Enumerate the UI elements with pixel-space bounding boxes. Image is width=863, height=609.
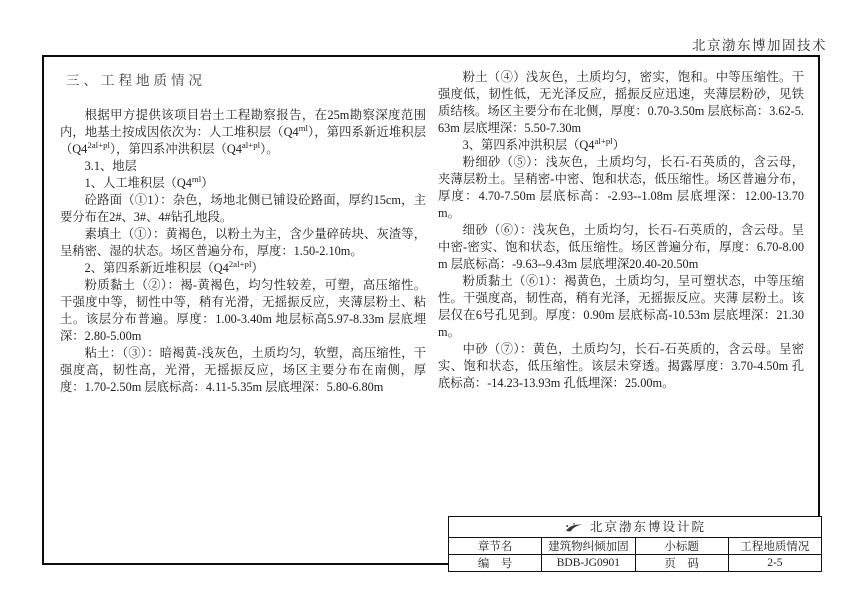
title-block-row: 编 号 BDB-JG0901 页 码 2-5: [449, 555, 822, 572]
paragraph: 2、第四系新近堆积层（Q42al+pl）: [60, 260, 426, 277]
chapter-name-value: 建筑物纠倾加固: [542, 538, 635, 555]
paragraph: 粘土：（③）：暗褐黄-浅灰色，土质均匀，软塑，高压缩性，干强度高，韧性高，光滑，…: [60, 345, 426, 396]
section-title: 三、工程地质情况: [66, 72, 426, 89]
page-label: 页 码: [635, 555, 728, 572]
paragraph: 1、人工堆积层（Q4ml）: [60, 175, 426, 192]
paragraph: 粉土（④）浅灰色，土质均匀，密实，饱和。中等压缩性。干强度低，韧性低，无光泽反应…: [438, 69, 804, 137]
paragraph: 粉细砂（⑤）：浅灰色，土质均匀，长石-石英质的，含云母，夹薄层粉土。呈稍密-中密…: [438, 154, 804, 222]
title-block-row: 章节名 建筑物纠倾加固 小标题 工程地质情况: [449, 538, 822, 555]
paragraph: 粉质黏土（⑥1）：褐黄色，土质均匀，呈可塑状态，中等压缩性。干强度高，韧性高，稍…: [438, 273, 804, 341]
subtitle-label: 小标题: [635, 538, 728, 555]
chapter-name-label: 章节名: [449, 538, 542, 555]
paragraph: 素填土（①）：黄褐色，以粉土为主，含少量碎砖块、灰渣等，呈稍密、湿的状态。场区普…: [60, 226, 426, 260]
subtitle-value: 工程地质情况: [728, 538, 821, 555]
institute-name: 北京渤东博设计院: [590, 520, 706, 534]
two-column-layout: 三、工程地质情况 根据甲方提供该项目岩土工程勘察报告，在25m勘察深度范围内，地…: [44, 57, 818, 396]
title-block: 北京渤东博设计院 章节名 建筑物纠倾加固 小标题 工程地质情况 编 号 BDB-…: [448, 516, 822, 572]
right-column: 粉土（④）浅灰色，土质均匀，密实，饱和。中等压缩性。干强度低，韧性低，无光泽反应…: [438, 69, 804, 396]
paragraph: 3、第四系冲洪积层（Q4al+pl）: [438, 137, 804, 154]
document-page: 北京渤东博加固技术 三、工程地质情况 根据甲方提供该项目岩土工程勘察报告，在25…: [0, 0, 863, 609]
paragraph: 根据甲方提供该项目岩土工程勘察报告，在25m勘察深度范围内，地基土按成因依次为：…: [60, 107, 426, 158]
institute-logo-icon: [564, 522, 584, 537]
paragraph: 细砂（⑥）：浅灰色，土质均匀，长石-石英质的，含云母。呈中密-密实、饱和状态，低…: [438, 222, 804, 273]
number-value: BDB-JG0901: [542, 555, 635, 572]
institute-cell: 北京渤东博设计院: [449, 517, 822, 538]
right-paragraph-list: 粉土（④）浅灰色，土质均匀，密实，饱和。中等压缩性。干强度低，韧性低，无光泽反应…: [438, 69, 804, 392]
number-label: 编 号: [449, 555, 542, 572]
left-column: 三、工程地质情况 根据甲方提供该项目岩土工程勘察报告，在25m勘察深度范围内，地…: [60, 69, 426, 396]
left-paragraph-list: 根据甲方提供该项目岩土工程勘察报告，在25m勘察深度范围内，地基土按成因依次为：…: [60, 107, 426, 396]
title-block-header-row: 北京渤东博设计院: [449, 517, 822, 538]
paragraph: 粉质黏土（②）：褐-黄褐色，均匀性较差，可塑，高压缩性。干强度中等，韧性中等，稍…: [60, 277, 426, 345]
page-value: 2-5: [728, 555, 821, 572]
paragraph: 砼路面（①1）：杂色，场地北侧已铺设砼路面，厚约15cm，主要分布在2#、3#、…: [60, 192, 426, 226]
content-frame: 三、工程地质情况 根据甲方提供该项目岩土工程勘察报告，在25m勘察深度范围内，地…: [42, 55, 820, 565]
paragraph: 中砂（⑦）：黄色，土质均匀，长石-石英质的，含云母。呈密实、饱和状态，低压缩性。…: [438, 341, 804, 392]
paragraph: 3.1、地层: [60, 158, 426, 175]
company-header-text: 北京渤东博加固技术: [692, 34, 827, 54]
